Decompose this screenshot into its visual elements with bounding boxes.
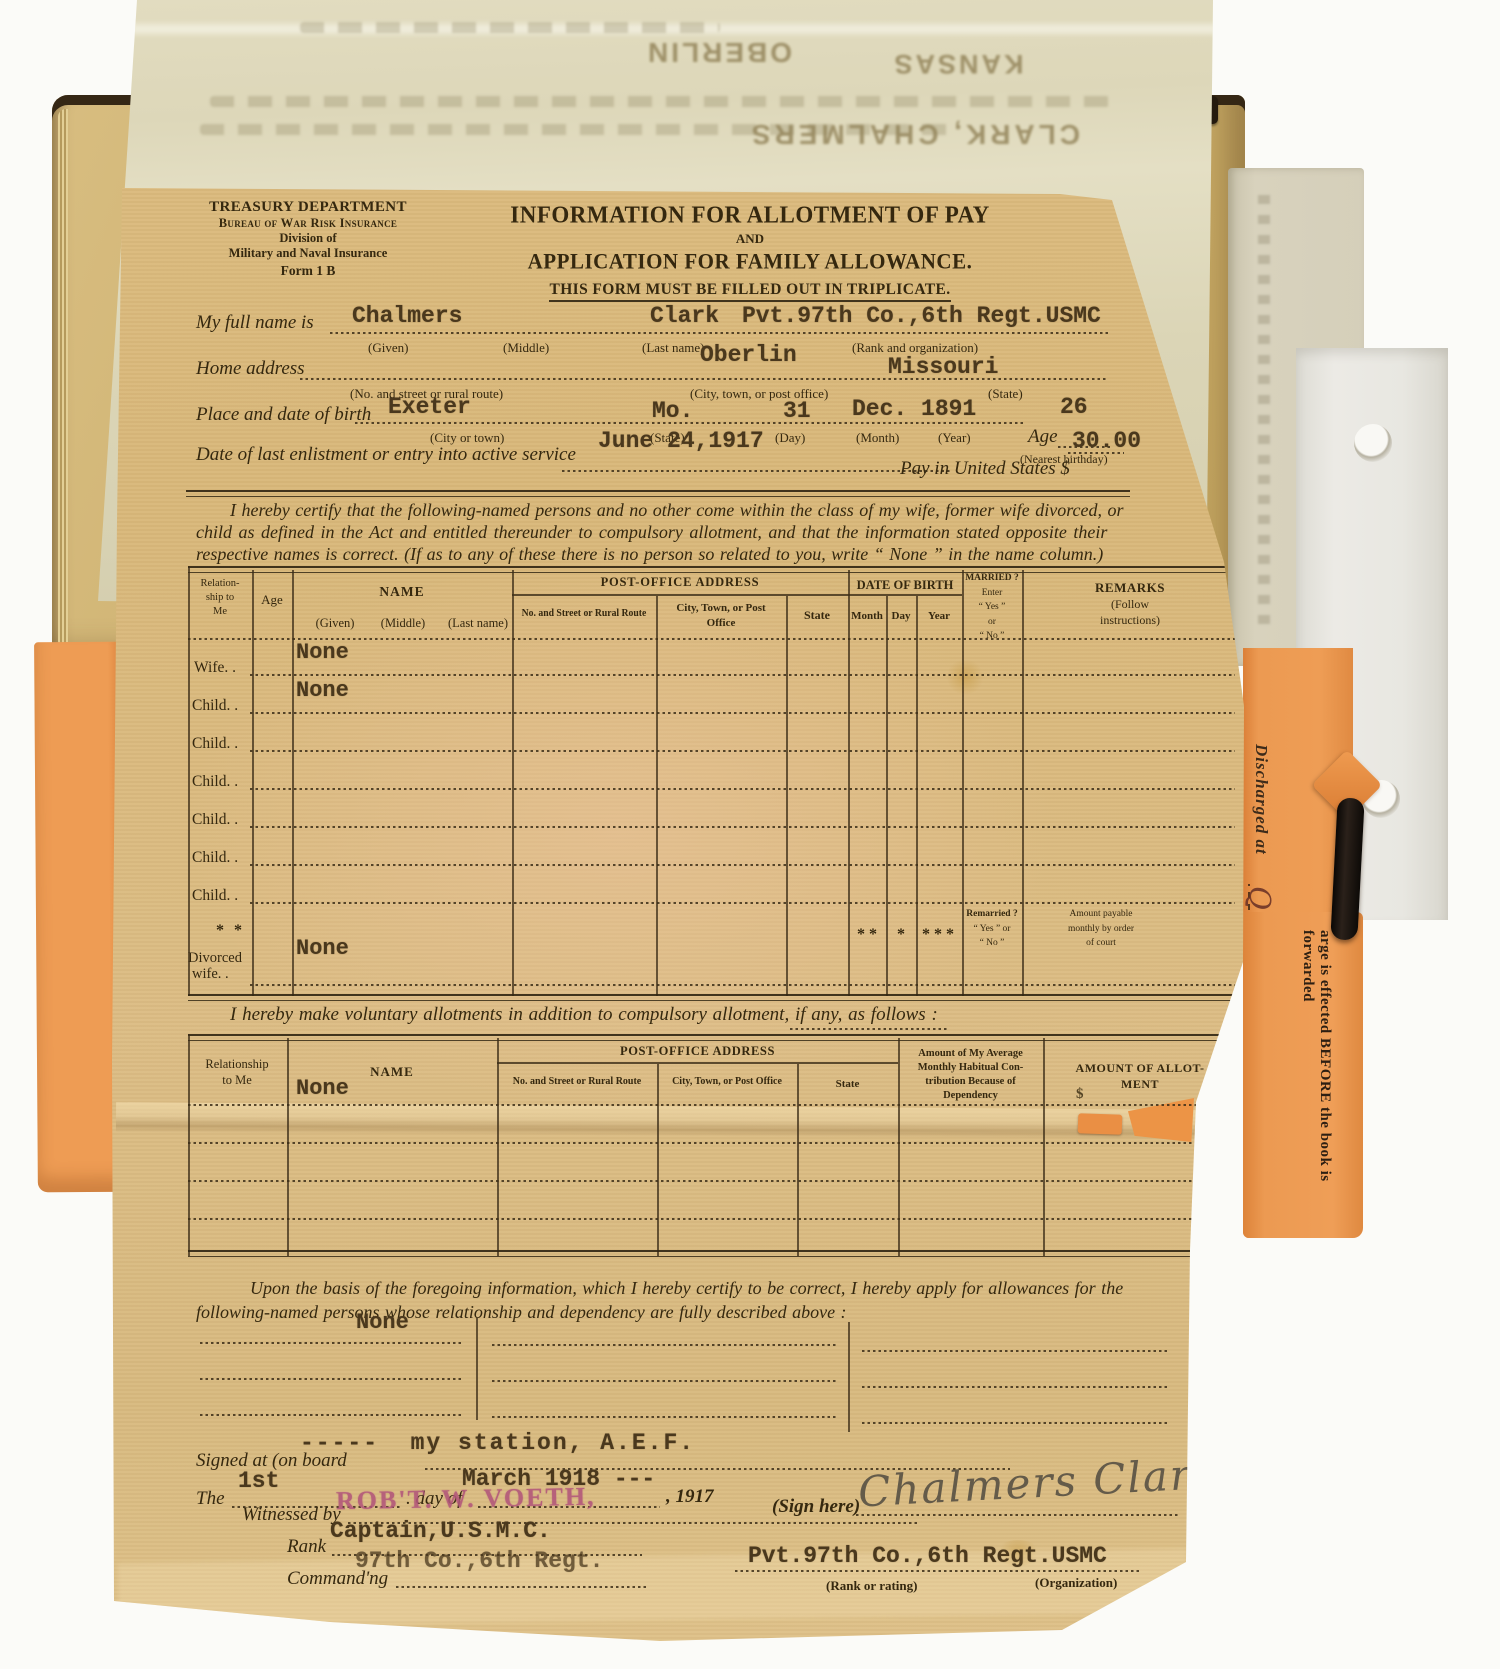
- remarried-header: Remarried ? “ Yes ” or “ No ”: [963, 906, 1021, 950]
- birth-state-value: Mo.: [652, 398, 693, 424]
- table2-street-sub: No. and Street or Rural Route: [499, 1076, 655, 1087]
- table1-street-sub: No. and Street or Rural Route: [516, 608, 652, 619]
- hdr-text: Office: [707, 617, 736, 629]
- table2-top-rule: [188, 1034, 1238, 1041]
- table1-remarks-header: REMARKS (Follow instructions): [1030, 580, 1230, 628]
- lastname-sublabel: (Last name): [642, 340, 704, 356]
- hdr-text: tribution Because of: [925, 1076, 1015, 1087]
- table1-bottom-rule: [188, 994, 1235, 1001]
- table1-married-header: MARRIED ? Enter “ Yes ” or “ No ”: [963, 570, 1021, 643]
- table-row-line: [188, 1218, 1238, 1220]
- apply-blank-line: [200, 1342, 462, 1344]
- station-typed: ----- my station, A.E.F.: [300, 1430, 695, 1456]
- section-rule: [186, 490, 1130, 497]
- month-sublabel: (Month): [856, 430, 899, 446]
- apply-line-1: Upon the basis of the foregoing informat…: [250, 1278, 1123, 1299]
- torn-patch: [1078, 1113, 1123, 1135]
- middle-sublabel: (Middle): [503, 340, 549, 356]
- table1-border: [656, 596, 658, 996]
- scanned-document-photo: OBERLIN KANSAS CLARK, CHALMERS Discharge…: [0, 0, 1500, 1669]
- hdr-text: (Follow: [1111, 597, 1149, 611]
- command-typed: 97th Co.,6th Regt.: [355, 1548, 603, 1574]
- soldier-signature: Chalmers Clark: [857, 1449, 1221, 1517]
- table-row-line: [250, 984, 1235, 986]
- table2-po-header: POST-OFFICE ADDRESS: [497, 1044, 898, 1059]
- row-label-divorced-1: Divorced: [188, 950, 242, 967]
- last-name-value: Clark: [650, 303, 719, 329]
- row-label-divorced-2: wife. .: [192, 966, 229, 983]
- witness-stamp: ROB'T. W. VOETH,: [336, 1482, 596, 1517]
- pay-label: Pay in United States $: [900, 458, 1070, 480]
- full-name-label: My full name is: [196, 312, 314, 334]
- hdr-text: monthly by order: [1068, 924, 1134, 934]
- row-label-child: Child. .: [192, 773, 238, 791]
- birth-day-value: 31: [783, 398, 811, 424]
- reverse-handwriting-name: CLARK, CHALMERS: [780, 118, 1080, 150]
- orange-folder-lower: arge is effected BEFORE the book is forw…: [1243, 912, 1363, 1238]
- apply-blank-line: [492, 1416, 836, 1418]
- bleedthrough-line: [300, 22, 720, 33]
- hdr-text: Dependency: [943, 1090, 998, 1101]
- hdr-text: Relationship: [205, 1057, 268, 1071]
- table-row-line: [188, 1180, 1238, 1182]
- table1-border: [292, 570, 294, 996]
- hdr-text: Monthly Habitual Con-: [918, 1062, 1024, 1073]
- apply-blank-line: [862, 1350, 1170, 1352]
- agency-line: Military and Naval Insurance: [192, 246, 424, 261]
- sign-here-label: (Sign here): [772, 1496, 860, 1518]
- table-row-line: [188, 1142, 1238, 1144]
- divorced-marks-month: * *: [848, 926, 886, 944]
- apply-col-divider: [848, 1322, 850, 1432]
- state-sublabel: (State): [988, 386, 1023, 402]
- day-typed: 1st: [238, 1468, 279, 1494]
- fold-crease: [116, 1102, 1196, 1140]
- row-label-child: Child. .: [192, 811, 238, 829]
- hdr-text: “ Yes ”: [979, 602, 1006, 612]
- faint-print: [1258, 194, 1270, 624]
- paper-fold-shine: [0, 24, 1500, 34]
- paper-stain: [945, 660, 985, 694]
- birth-city-value: Exeter: [388, 394, 471, 420]
- hdr-text: instructions): [1100, 613, 1160, 627]
- hdr-text: Enter: [982, 588, 1003, 598]
- table1-border: [188, 566, 190, 996]
- table1-month-sub: Month: [846, 610, 888, 622]
- unit-line: [735, 1570, 1141, 1572]
- table-row-line: [250, 902, 1235, 904]
- divorced-none-entry: None: [296, 936, 349, 961]
- enlistment-date-value: June 24,1917: [598, 428, 764, 454]
- punch-hole: [1354, 424, 1392, 462]
- agency-line: Division of: [192, 231, 424, 246]
- birth-blank-line: [355, 422, 1023, 424]
- wife-none-entry: None: [296, 640, 349, 665]
- agency-line: TREASURY DEPARTMENT: [192, 199, 424, 216]
- table1-year-sub: Year: [916, 610, 962, 622]
- table1-age-header: Age: [253, 592, 291, 608]
- home-blank-line: [300, 378, 1108, 380]
- forward-before-note: arge is effected BEFORE the book is forw…: [1299, 930, 1333, 1220]
- divorced-marks-year: * * *: [912, 926, 964, 944]
- table2-rel-header: Relationship to Me: [189, 1056, 285, 1088]
- signature-line: [856, 1514, 1180, 1516]
- hdr-text: ship to: [206, 592, 234, 603]
- rank-rating-sublabel: (Rank or rating): [826, 1578, 917, 1594]
- table1-state-sub: State: [786, 608, 848, 623]
- hdr-text: to Me: [222, 1073, 252, 1087]
- home-address-label: Home address: [196, 358, 305, 380]
- discharged-at-label: Discharged at: [1251, 744, 1271, 894]
- booklet-page-edges: [58, 109, 68, 649]
- table-row-line: [250, 788, 1235, 790]
- table-row-line: [250, 864, 1235, 866]
- pay-value: 30.00: [1072, 428, 1141, 454]
- title-line-1: INFORMATION FOR ALLOTMENT OF PAY: [450, 201, 1050, 228]
- hdr-text: Me: [213, 606, 227, 617]
- table2-state-sub: State: [797, 1078, 898, 1090]
- printed-year-label: , 1917: [666, 1486, 714, 1508]
- reverse-handwriting-oberlin: OBERLIN: [652, 36, 792, 68]
- the-label: The: [196, 1488, 225, 1510]
- apply-blank-line: [492, 1380, 836, 1382]
- home-state-value: Missouri: [888, 354, 998, 380]
- table2-bottom-rule: [188, 1250, 1238, 1257]
- witness-rank-typed: Captain,U.S.M.C.: [330, 1518, 551, 1544]
- table1-city-sub: City, Town, or Post Office: [658, 600, 784, 630]
- table1-border: [786, 596, 788, 996]
- table1-border: [1022, 570, 1024, 996]
- title-line-3: APPLICATION FOR FAMILY ALLOWANCE.: [450, 248, 1050, 274]
- voluntary-sentence: I hereby make voluntary allotments in ad…: [230, 1004, 938, 1026]
- apply-col-divider: [476, 1318, 478, 1420]
- hdr-text: “ Yes ” or: [974, 924, 1011, 934]
- row-label-wife: Wife. .: [194, 659, 236, 677]
- rank-label: Rank: [287, 1536, 326, 1558]
- court-amount-header: Amount payable monthly by order of court: [1026, 906, 1176, 950]
- table1-day-sub: Day: [886, 610, 916, 622]
- hdr-text: MENT: [1121, 1077, 1159, 1091]
- table1-last-sub: (Last name): [438, 616, 518, 631]
- apply-blank-line: [862, 1386, 1170, 1388]
- apply-blank-line: [862, 1422, 1170, 1424]
- hdr-text: Relation-: [200, 578, 239, 589]
- organization-sublabel: (Organization): [1035, 1575, 1117, 1591]
- table-row-line: [188, 1104, 1238, 1106]
- pay-blank-line: [1068, 452, 1124, 454]
- divorced-marks-rel: * *: [216, 922, 245, 940]
- hdr-text: or: [988, 617, 996, 627]
- hdr-text: REMARKS: [1095, 580, 1165, 595]
- name-blank-line: [330, 332, 1108, 334]
- table2-contrib-header: Amount of My Average Monthly Habitual Co…: [900, 1046, 1041, 1102]
- hdr-text: City, Town, or Post: [676, 602, 765, 614]
- hdr-text: Remarried ?: [966, 909, 1017, 919]
- year-sublabel: (Year): [938, 430, 971, 446]
- row-label-child: Child. .: [192, 735, 238, 753]
- agency-block: TREASURY DEPARTMENT Bureau of War Risk I…: [192, 199, 424, 279]
- apply-none-entry: None: [356, 1310, 409, 1335]
- hdr-text: Amount payable: [1069, 909, 1132, 919]
- day-sublabel: (Day): [775, 430, 805, 446]
- row-label-child: Child. .: [192, 697, 238, 715]
- apply-blank-line: [492, 1344, 836, 1346]
- table1-dob-header: DATE OF BIRTH: [848, 578, 962, 593]
- enlistment-label: Date of last enlistment or entry into ac…: [196, 444, 576, 466]
- rank-org-value: Pvt.97th Co.,6th Regt.USMC: [742, 303, 1101, 329]
- table-row-line: [250, 826, 1235, 828]
- unit-typed: Pvt.97th Co.,6th Regt.USMC: [748, 1543, 1107, 1569]
- agency-line: Bureau of War Risk Insurance: [192, 216, 424, 231]
- table1-po-header: POST-OFFICE ADDRESS: [512, 575, 848, 590]
- apply-blank-line: [200, 1414, 462, 1416]
- hdr-text: Amount of My Average: [918, 1048, 1023, 1059]
- triplicate-instruction: THIS FORM MUST BE FILLED OUT IN TRIPLICA…: [549, 281, 950, 302]
- table-row-line: [250, 712, 1235, 714]
- table2-border: [497, 1038, 499, 1256]
- table1-name-header: NAME: [292, 584, 512, 600]
- given-sublabel: (Given): [368, 340, 408, 356]
- table1-given-sub: (Given): [305, 616, 365, 631]
- child-none-entry: None: [296, 678, 349, 703]
- dollar-sign: $: [1076, 1086, 1084, 1103]
- certify-line-2: child as defined in the Act and entitled…: [196, 522, 1107, 543]
- table2-border: [657, 1064, 659, 1256]
- hdr-text: “ No ”: [980, 938, 1005, 948]
- reverse-handwriting-kansas: KANSAS: [890, 48, 1025, 79]
- voluntary-none-entry: None: [296, 1076, 349, 1101]
- certify-line-3: respective names is correct. (If as to a…: [196, 544, 1103, 565]
- table1-border: [512, 570, 514, 996]
- title-line-2: AND: [450, 231, 1050, 247]
- age-label: Age: [1028, 426, 1058, 448]
- commanding-label: Command'ng: [287, 1568, 388, 1590]
- table2-border: [797, 1064, 799, 1256]
- hdr-text: MARRIED ?: [965, 573, 1019, 583]
- table1-subrule: [848, 594, 962, 596]
- age-value: 26: [1060, 394, 1088, 420]
- table2-city-sub: City, Town, or Post Office: [659, 1076, 795, 1087]
- birth-monthyear-value: Dec. 1891: [852, 396, 976, 422]
- table1-top-rule: [188, 566, 1235, 573]
- certify-line-1: I hereby certify that the following-name…: [230, 500, 1124, 521]
- enlistment-blank-line: [562, 470, 952, 472]
- hdr-text: of court: [1086, 938, 1116, 948]
- birth-label: Place and date of birth: [196, 404, 371, 426]
- apply-blank-line: [200, 1378, 462, 1380]
- table-row-line: [250, 750, 1235, 752]
- apply-line-2: following-named persons whose relationsh…: [196, 1302, 847, 1323]
- table1-subrule: [512, 594, 848, 596]
- commanding-blank-line: [396, 1586, 648, 1588]
- form-number: Form 1 B: [192, 263, 424, 279]
- table1-rel-header: Relation- ship to Me: [189, 576, 251, 618]
- table2-subrule: [497, 1062, 898, 1064]
- table2-allot-header: AMOUNT OF ALLOT- MENT: [1045, 1060, 1235, 1092]
- given-name-value: Chalmers: [352, 303, 462, 329]
- voluntary-underline: [790, 1028, 948, 1030]
- row-label-child: Child. .: [192, 887, 238, 905]
- hdr-text: AMOUNT OF ALLOT-: [1076, 1061, 1205, 1075]
- table1-middle-sub: (Middle): [372, 616, 434, 631]
- bleedthrough-line: [210, 96, 1110, 107]
- row-label-child: Child. .: [192, 849, 238, 867]
- form-title: INFORMATION FOR ALLOTMENT OF PAY AND APP…: [450, 202, 1050, 302]
- witnessed-by-label: Witnessed by: [242, 1504, 341, 1526]
- home-city-value: Oberlin: [700, 342, 797, 368]
- table1-border: [252, 570, 254, 996]
- table-row-line: [250, 674, 1235, 676]
